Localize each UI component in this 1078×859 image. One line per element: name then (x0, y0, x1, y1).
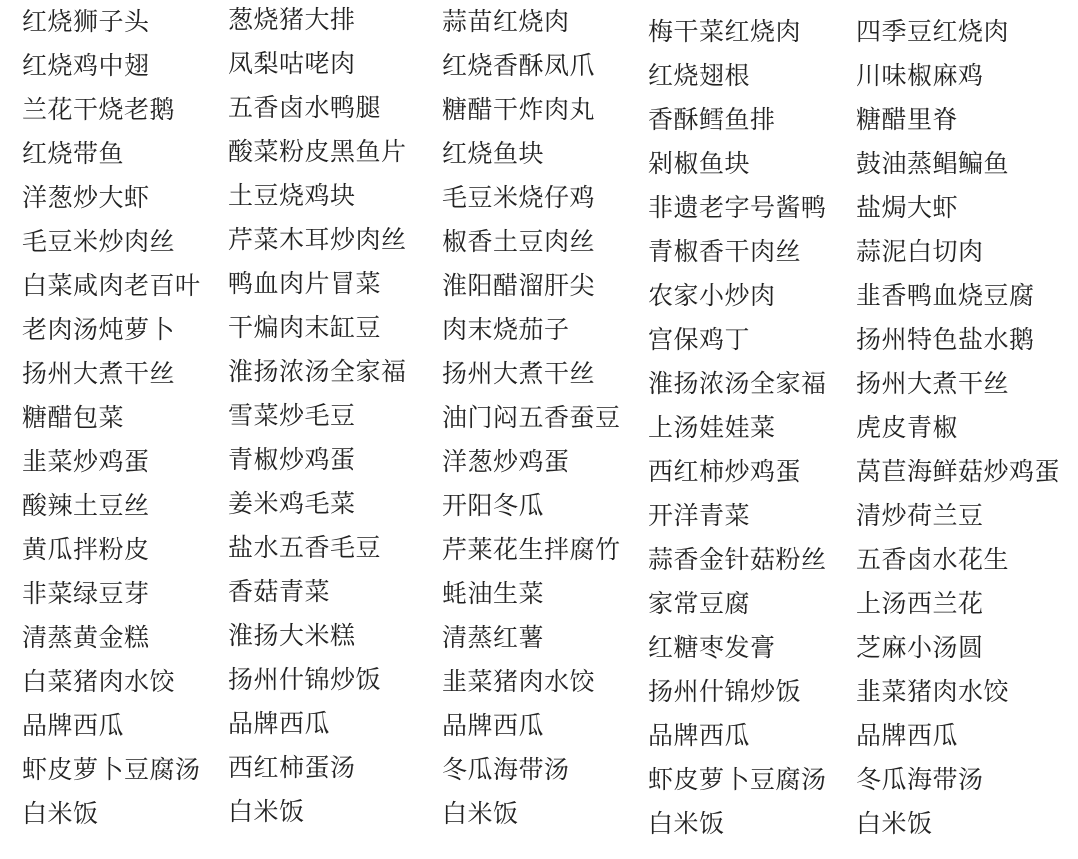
dish-item: 淮扬浓汤全家福 (648, 362, 827, 406)
menu-column-2: 葱烧猪大排凤梨咕咾肉五香卤水鸭腿酸菜粉皮黑鱼片土豆烧鸡块芹菜木耳炒肉丝鸭血肉片冒… (228, 0, 407, 834)
dish-item: 家常豆腐 (648, 582, 827, 626)
dish-item: 白米饭 (856, 802, 1060, 846)
dish-item: 虾皮萝卜豆腐汤 (22, 748, 201, 792)
dish-item: 毛豆米炒肉丝 (22, 220, 201, 264)
dish-item: 扬州大煮干丝 (442, 352, 621, 396)
dish-item: 鸭血肉片冒菜 (228, 262, 407, 306)
dish-item: 白米饭 (228, 790, 407, 834)
dish-item: 蚝油生菜 (442, 572, 621, 616)
dish-item: 虎皮青椒 (856, 406, 1060, 450)
dish-item: 淮阳醋溜肝尖 (442, 264, 621, 308)
dish-item: 非遗老字号酱鸭 (648, 186, 827, 230)
dish-item: 西红柿蛋汤 (228, 746, 407, 790)
menu-column-4: 梅干菜红烧肉红烧翅根香酥鳕鱼排剁椒鱼块非遗老字号酱鸭青椒香干肉丝农家小炒肉宫保鸡… (648, 0, 827, 846)
dish-item: 韭菜猪肉水饺 (856, 670, 1060, 714)
dish-item: 鼓油蒸鲳鳊鱼 (856, 142, 1060, 186)
dish-item: 老肉汤炖萝卜 (22, 308, 201, 352)
dish-item: 糖醋包菜 (22, 396, 201, 440)
dish-item: 香酥鳕鱼排 (648, 98, 827, 142)
dish-item: 红烧狮子头 (22, 0, 201, 44)
dish-item: 西红柿炒鸡蛋 (648, 450, 827, 494)
dish-item: 川味椒麻鸡 (856, 54, 1060, 98)
dish-item: 梅干菜红烧肉 (648, 10, 827, 54)
dish-item: 清蒸黄金糕 (22, 616, 201, 660)
dish-item: 红烧带鱼 (22, 132, 201, 176)
dish-item: 红烧香酥凤爪 (442, 44, 621, 88)
dish-item: 盐水五香毛豆 (228, 526, 407, 570)
dish-item: 姜米鸡毛菜 (228, 482, 407, 526)
dish-item: 蒜苗红烧肉 (442, 0, 621, 44)
dish-item: 莴苣海鲜菇炒鸡蛋 (856, 450, 1060, 494)
dish-item: 芹莱花生拌腐竹 (442, 528, 621, 572)
dish-item: 洋葱炒大虾 (22, 176, 201, 220)
dish-item: 四季豆红烧肉 (856, 10, 1060, 54)
cut-off-dish-item (648, 0, 827, 10)
dish-item: 虾皮萝卜豆腐汤 (648, 758, 827, 802)
dish-item: 上汤娃娃菜 (648, 406, 827, 450)
dish-item: 酸辣土豆丝 (22, 484, 201, 528)
dish-item: 扬州特色盐水鹅 (856, 318, 1060, 362)
dish-item: 品牌西瓜 (228, 702, 407, 746)
dish-item: 非菜绿豆芽 (22, 572, 201, 616)
dish-item: 品牌西瓜 (442, 704, 621, 748)
dish-item: 品牌西瓜 (22, 704, 201, 748)
dish-item: 白菜咸肉老百叶 (22, 264, 201, 308)
cut-off-dish-item (856, 0, 1060, 10)
dish-item: 香菇青菜 (228, 570, 407, 614)
dish-item: 糖醋干炸肉丸 (442, 88, 621, 132)
dish-item: 品牌西瓜 (856, 714, 1060, 758)
dish-item: 肉末烧茄子 (442, 308, 621, 352)
menu-column-1: 红烧狮子头红烧鸡中翅兰花干烧老鹅红烧带鱼洋葱炒大虾毛豆米炒肉丝白菜咸肉老百叶老肉… (22, 0, 201, 836)
dish-item: 芝麻小汤圆 (856, 626, 1060, 670)
dish-item: 兰花干烧老鹅 (22, 88, 201, 132)
dish-item: 雪菜炒毛豆 (228, 394, 407, 438)
dish-item: 五香卤水鸭腿 (228, 86, 407, 130)
dish-item: 糖醋里脊 (856, 98, 1060, 142)
dish-item: 开洋青菜 (648, 494, 827, 538)
dish-item: 蒜泥白切肉 (856, 230, 1060, 274)
dish-item: 红烧鸡中翅 (22, 44, 201, 88)
dish-item: 芹菜木耳炒肉丝 (228, 218, 407, 262)
dish-item: 土豆烧鸡块 (228, 174, 407, 218)
menu-column-5: 四季豆红烧肉川味椒麻鸡糖醋里脊鼓油蒸鲳鳊鱼盐焗大虾蒜泥白切肉韭香鸭血烧豆腐扬州特… (856, 0, 1060, 846)
dish-item: 盐焗大虾 (856, 186, 1060, 230)
dish-item: 椒香土豆肉丝 (442, 220, 621, 264)
dish-item: 韭香鸭血烧豆腐 (856, 274, 1060, 318)
menu-column-3: 蒜苗红烧肉红烧香酥凤爪糖醋干炸肉丸红烧鱼块毛豆米烧仔鸡椒香土豆肉丝淮阳醋溜肝尖肉… (442, 0, 621, 836)
dish-item: 宫保鸡丁 (648, 318, 827, 362)
dish-item: 农家小炒肉 (648, 274, 827, 318)
dish-item: 凤梨咕咾肉 (228, 42, 407, 86)
dish-item: 青椒香干肉丝 (648, 230, 827, 274)
dish-item: 扬州什锦炒饭 (228, 658, 407, 702)
dish-item: 红烧翅根 (648, 54, 827, 98)
dish-item: 品牌西瓜 (648, 714, 827, 758)
dish-item: 黄瓜拌粉皮 (22, 528, 201, 572)
dish-item: 洋葱炒鸡蛋 (442, 440, 621, 484)
dish-item: 白米饭 (648, 802, 827, 846)
dish-item: 酸菜粉皮黑鱼片 (228, 130, 407, 174)
dish-item: 韭菜猪肉水饺 (442, 660, 621, 704)
dish-item: 清炒荷兰豆 (856, 494, 1060, 538)
dish-item: 冬瓜海带汤 (442, 748, 621, 792)
dish-item: 红糖枣发膏 (648, 626, 827, 670)
dish-item: 淮扬浓汤全家福 (228, 350, 407, 394)
dish-item: 蒜香金针菇粉丝 (648, 538, 827, 582)
dish-item: 扬州大煮干丝 (22, 352, 201, 396)
dish-item: 清蒸红薯 (442, 616, 621, 660)
dish-item: 油门闷五香蚕豆 (442, 396, 621, 440)
dish-item: 青椒炒鸡蛋 (228, 438, 407, 482)
dish-item: 葱烧猪大排 (228, 0, 407, 42)
dish-item: 五香卤水花生 (856, 538, 1060, 582)
dish-item: 毛豆米烧仔鸡 (442, 176, 621, 220)
dish-item: 冬瓜海带汤 (856, 758, 1060, 802)
dish-item: 淮扬大米糕 (228, 614, 407, 658)
dish-item: 剁椒鱼块 (648, 142, 827, 186)
dish-item: 白米饭 (442, 792, 621, 836)
dish-item: 开阳冬瓜 (442, 484, 621, 528)
dish-item: 白米饭 (22, 792, 201, 836)
dish-item: 韭菜炒鸡蛋 (22, 440, 201, 484)
dish-item: 红烧鱼块 (442, 132, 621, 176)
dish-item: 干煸肉末缸豆 (228, 306, 407, 350)
dish-item: 上汤西兰花 (856, 582, 1060, 626)
dish-item: 白菜猪肉水饺 (22, 660, 201, 704)
dish-item: 扬州什锦炒饭 (648, 670, 827, 714)
dish-item: 扬州大煮干丝 (856, 362, 1060, 406)
